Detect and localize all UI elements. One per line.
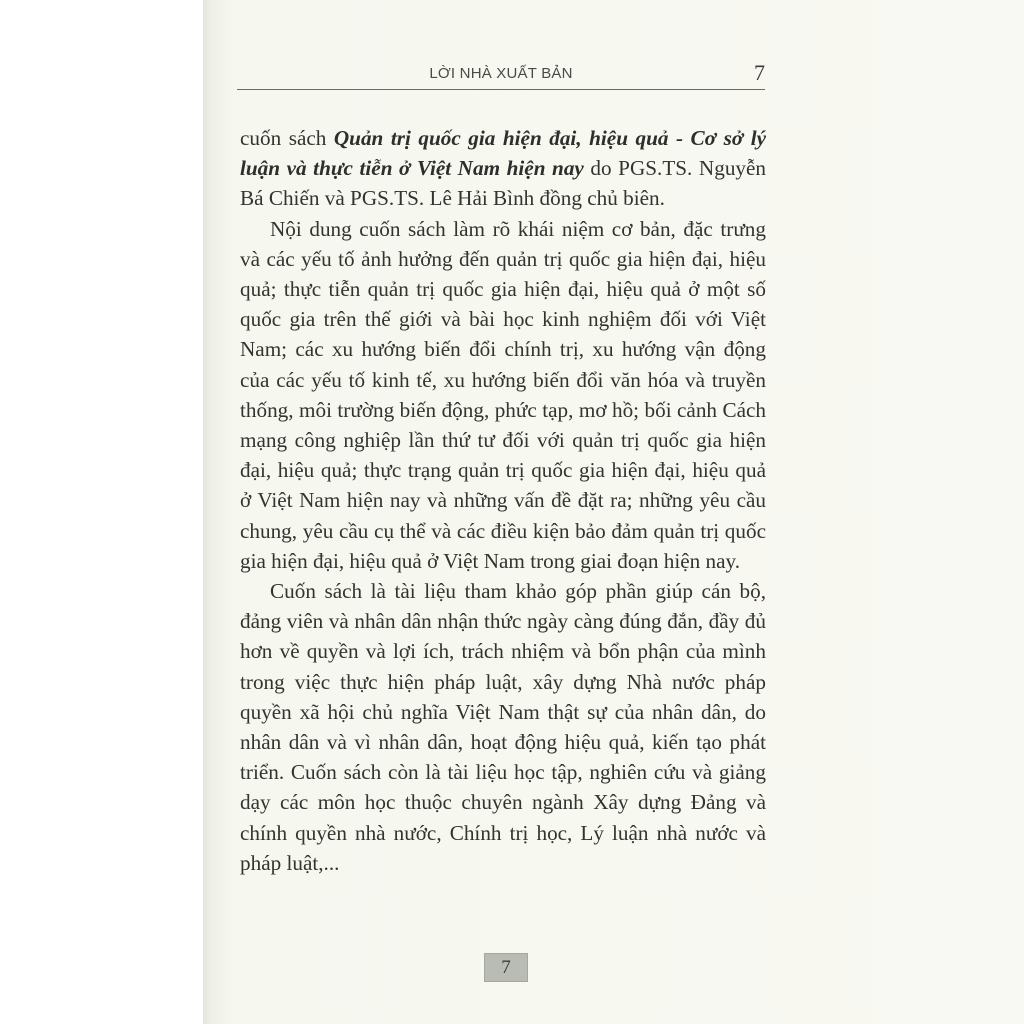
paragraph-purpose: Cuốn sách là tài liệu tham khảo góp phần… bbox=[240, 576, 766, 878]
paragraph-continuation: cuốn sách Quản trị quốc gia hiện đại, hi… bbox=[240, 123, 766, 214]
body-text: cuốn sách Quản trị quốc gia hiện đại, hi… bbox=[240, 123, 766, 878]
book-page: LỜI NHÀ XUẤT BẢN 7 cuốn sách Quản trị qu… bbox=[203, 0, 1024, 1024]
header-page-number: 7 bbox=[754, 60, 765, 86]
running-header: LỜI NHÀ XUẤT BẢN 7 bbox=[237, 62, 765, 90]
footer-page-number: 7 bbox=[484, 953, 528, 982]
paragraph-lead: cuốn sách bbox=[240, 126, 334, 150]
paragraph-content-summary: Nội dung cuốn sách làm rõ khái niệm cơ b… bbox=[240, 214, 766, 576]
running-header-title: LỜI NHÀ XUẤT BẢN bbox=[237, 65, 765, 82]
